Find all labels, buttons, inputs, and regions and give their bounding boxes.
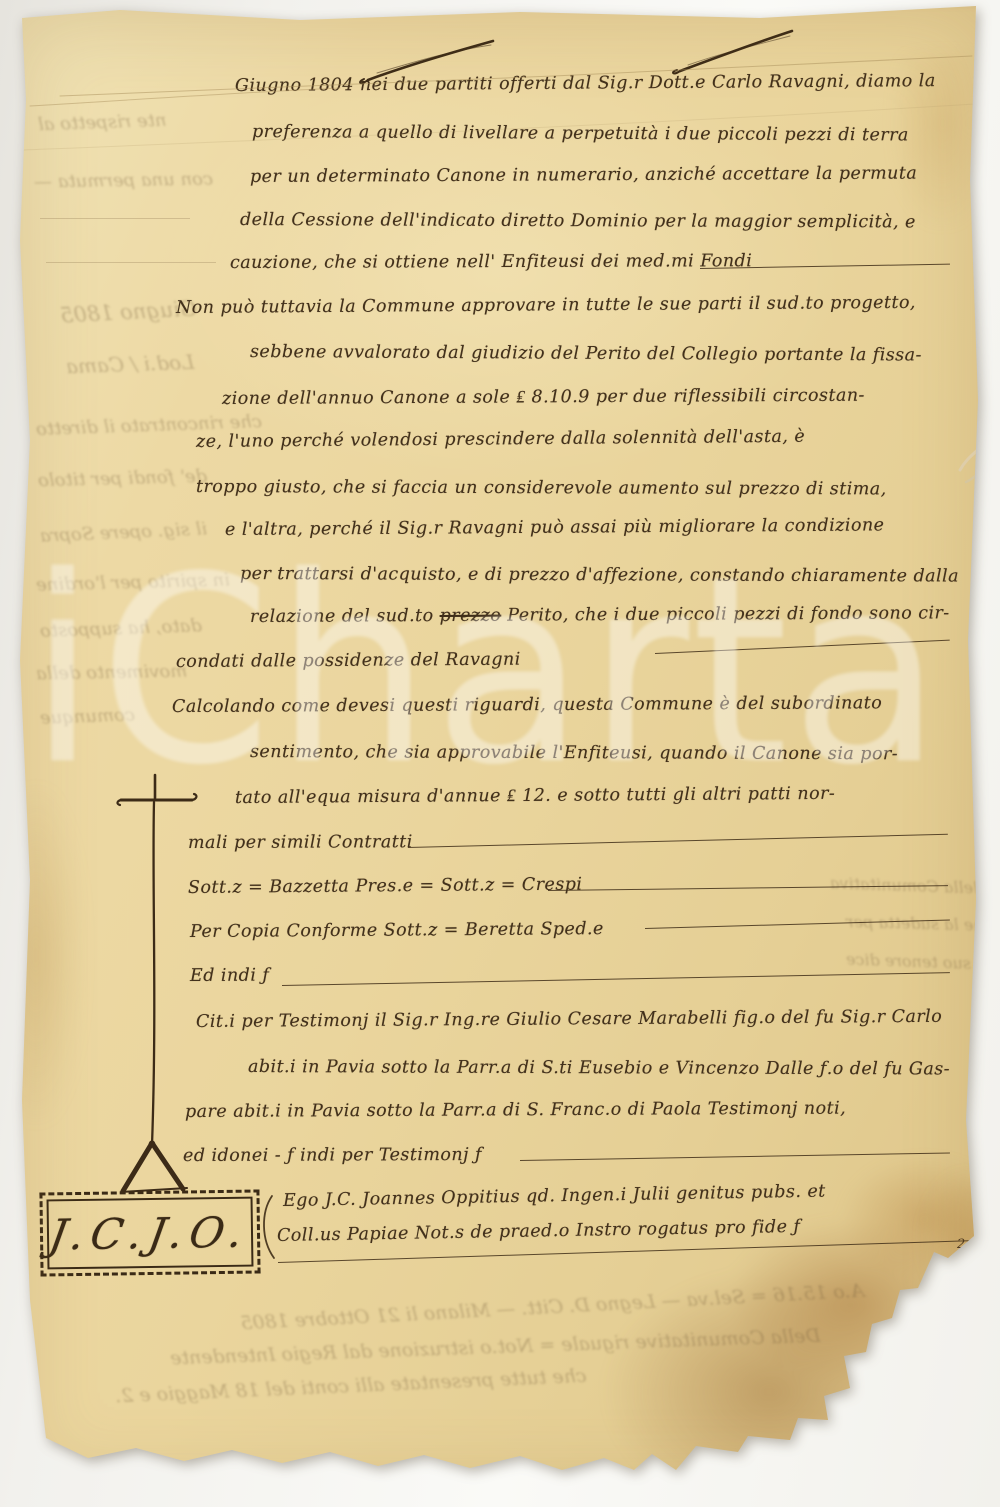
bleedthrough-line: in spirito per l'ordine	[36, 569, 230, 595]
manuscript-line: Giugno 1804 nei due partiti offerti dal …	[235, 71, 936, 96]
latin-closing-line: Coll.us Papiae Not.s de praed.o Instro r…	[277, 1217, 801, 1246]
manuscript-line: sebbene avvalorato dal giudizio del Peri…	[250, 342, 922, 366]
manuscript-line: per un determinato Canone in numerario, …	[250, 164, 917, 187]
bleedthrough-line: il suo tenore dice	[846, 950, 987, 974]
signature-line: Sott.z = Bazzetta Pres.e = Sott.z = Cres…	[188, 875, 583, 898]
manuscript-line: e l'altra, perché il Sig.r Ravagni può a…	[225, 515, 885, 540]
latin-closing-line: Ego J.C. Joannes Oppitius qd. Ingen.i Ju…	[283, 1182, 826, 1211]
bleedthrough-line: con una permuta —	[34, 168, 213, 192]
manuscript-line: Cit.i per Testimonj il Sig.r Ing.re Giul…	[196, 1007, 942, 1032]
ink-rule	[282, 972, 950, 986]
manuscript-line: Calcolando come devesi questi riguardi, …	[172, 693, 882, 717]
line-segment: relazione del sud.to	[250, 606, 440, 627]
manuscript-line: pare abit.i in Pavia sotto la Parr.a di …	[185, 1099, 846, 1122]
bleedthrough-line: de' fondi per titolo	[38, 466, 208, 491]
manuscript-line: troppo giusto, che si faccia un consider…	[196, 477, 887, 499]
page-corner-mark: 2	[957, 1237, 965, 1252]
bleedthrough-line: Lod.i / Cama	[66, 350, 195, 378]
bleedthrough-line: che tutte presentate alli conti del 18 M…	[115, 1365, 587, 1408]
manuscript-line: ze, l'uno perché volendosi prescindere d…	[196, 427, 805, 452]
bleedthrough-rule	[46, 262, 216, 263]
manuscript-line: tato all'equa misura d'annue ₤ 12. e sot…	[235, 783, 835, 808]
manuscript-line: mali per simili Contratti	[188, 832, 413, 853]
bleedthrough-line: nte rispetto al	[38, 110, 167, 135]
ink-rule	[520, 1152, 950, 1161]
paper-stain-left-edge	[6, 790, 81, 1120]
manuscript-line: abit.i in Pavia sotto la Parr.a di S.ti …	[248, 1057, 950, 1079]
bleedthrough-rule	[40, 218, 190, 219]
ink-rule	[408, 834, 948, 848]
paper-sheet: nte rispetto al con una permuta — Giugno…	[0, 0, 1000, 1507]
signature-line: Ed indi ƒ	[190, 966, 269, 986]
manuscript-line: condati dalle possidenze del Ravagni	[176, 650, 521, 672]
bleedthrough-line: il sig. opere Sopra	[40, 518, 208, 546]
bleedthrough-line: che la sudetta per	[846, 912, 993, 935]
bleedthrough-line: movimento della	[36, 661, 188, 685]
bleedthrough-line: dato, ha supposto	[40, 615, 202, 642]
line-segment: Perito, che i due piccoli pezzi di fondo…	[501, 603, 950, 625]
manuscript-line: per trattarsi d'acquisto, e di prezzo d'…	[240, 564, 959, 587]
ink-rule	[655, 640, 950, 654]
manuscript-line: ed idonei - ƒ indi per Testimonj ƒ	[183, 1145, 482, 1166]
manuscript-line: relazione del sud.to prezzo Perito, che …	[250, 603, 950, 627]
manuscript-line: preferenza a quello di livellare a perpe…	[252, 122, 909, 145]
manuscript-line: della Cessione dell'indicato diretto Dom…	[240, 210, 916, 232]
manuscript-line: sentimento, che sia approvabile l'Enfite…	[250, 742, 898, 764]
notary-seal-inner-border: J.C.J.O.	[47, 1197, 254, 1270]
struck-word: prezzo	[440, 606, 502, 626]
scanned-manuscript-photo: { "watermark_text": "iCharta", "corner_m…	[0, 0, 1000, 1507]
notary-seal: J.C.J.O.	[39, 1189, 260, 1276]
manuscript-line: zione dell'annuo Canone a sole ₤ 8.10.9 …	[222, 385, 865, 409]
notary-seal-monogram: J.C.J.O.	[46, 1207, 253, 1259]
paper-shadow-wrap: nte rispetto al con una permuta — Giugno…	[0, 0, 1000, 1507]
bleedthrough-line: comunque	[40, 704, 136, 728]
manuscript-line: cauzione, che si ottiene nell' Enfiteusi…	[230, 251, 752, 273]
manuscript-line: Non può tuttavia la Commune approvare in…	[176, 293, 916, 318]
signature-line: Per Copia Conforme Sott.z = Beretta Sped…	[190, 919, 604, 942]
